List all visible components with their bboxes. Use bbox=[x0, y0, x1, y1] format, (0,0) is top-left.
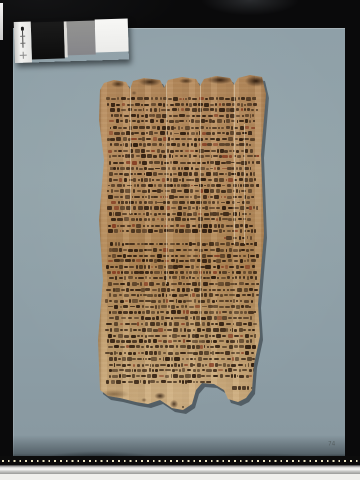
black-calibration-chip bbox=[31, 21, 65, 59]
bottom-white-margin bbox=[0, 474, 360, 480]
gray-calibration-chip bbox=[67, 20, 96, 55]
ruler-marks bbox=[2, 460, 358, 463]
scale-tick-icon bbox=[20, 36, 25, 37]
museum-photograph: 74 bbox=[0, 0, 360, 480]
film-edge-sliver bbox=[0, 3, 3, 40]
silver-bar bbox=[0, 465, 360, 474]
scale-tick-icon bbox=[20, 43, 25, 44]
papyrus-fragment bbox=[94, 74, 268, 414]
corner-number-annotation: 74 bbox=[328, 441, 335, 447]
board-bottom-shadow bbox=[13, 435, 345, 457]
scale-line-icon bbox=[22, 31, 24, 48]
white-calibration-chip bbox=[95, 18, 129, 52]
scale-cross-icon bbox=[23, 52, 24, 59]
scale-label-card bbox=[14, 21, 32, 63]
board-speck bbox=[182, 406, 184, 408]
ruler-strip bbox=[0, 456, 360, 465]
calibration-strip bbox=[14, 18, 129, 63]
